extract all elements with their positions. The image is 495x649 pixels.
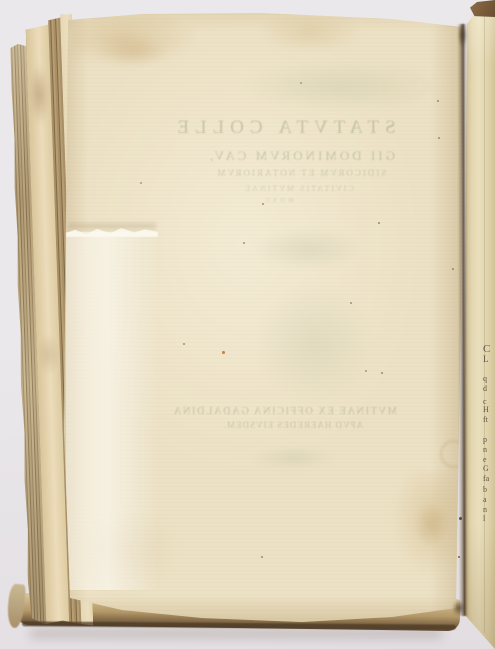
- foxing-specks: [0, 0, 495, 649]
- foxing-speck: [262, 203, 264, 205]
- foxing-speck: [365, 370, 367, 372]
- foxing-speck: [378, 222, 380, 224]
- foxing-speck: [222, 351, 225, 354]
- foxing-speck: [261, 556, 263, 558]
- book-photograph: STATVTA COLLEGII DOMINORVM CAV,SIDICORVM…: [0, 0, 495, 649]
- foxing-speck: [381, 372, 383, 374]
- foxing-speck: [140, 182, 142, 184]
- foxing-speck: [437, 100, 439, 102]
- foxing-speck: [458, 556, 460, 558]
- foxing-speck: [183, 343, 185, 345]
- foxing-speck: [300, 82, 302, 84]
- foxing-speck: [452, 268, 454, 270]
- foxing-speck: [350, 302, 352, 304]
- foxing-speck: [243, 242, 245, 244]
- foxing-speck: [459, 517, 462, 520]
- foxing-speck: [438, 137, 440, 139]
